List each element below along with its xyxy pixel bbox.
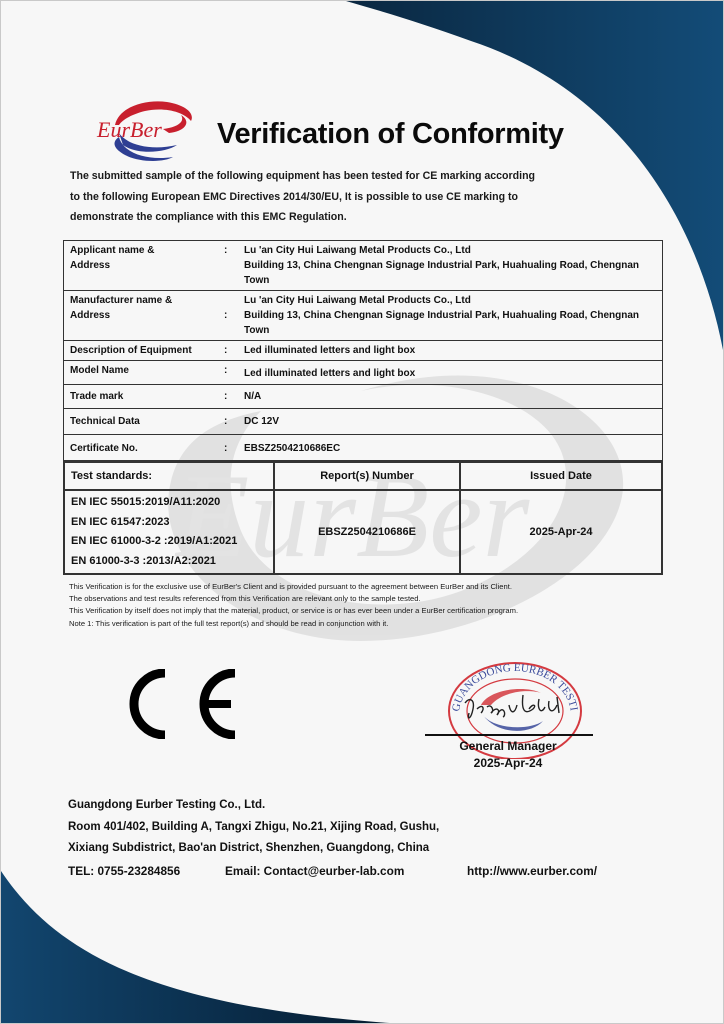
intro-line: to the following European EMC Directives… <box>70 187 590 208</box>
info-colon: : <box>224 435 238 463</box>
info-label: Manufacturer name &Address <box>64 291 225 341</box>
header-test-standards: Test standards: <box>64 461 274 490</box>
info-label: Trade mark <box>64 385 225 409</box>
certificate-page: EurBer EurBer Verification of Conformity… <box>0 0 724 1024</box>
contact-email[interactable]: Email: Contact@eurber-lab.com <box>225 864 404 878</box>
tests-header-row: Test standards: Report(s) Number Issued … <box>64 461 662 490</box>
info-value: Lu 'an City Hui Laiwang Metal Products C… <box>238 291 663 341</box>
ce-mark-icon <box>109 669 241 739</box>
signature-line <box>425 734 593 736</box>
standard-item: EN 61000-3-3 :2013/A2:2021 <box>71 552 267 572</box>
test-standards-table: Test standards: Report(s) Number Issued … <box>63 460 663 575</box>
contact-website[interactable]: http://www.eurber.com/ <box>467 864 597 878</box>
info-colon: : <box>224 385 238 409</box>
info-value: EBSZ2504210686EC <box>238 435 663 463</box>
eurber-logo: EurBer <box>93 97 205 163</box>
svg-text:EurBer: EurBer <box>96 117 162 142</box>
info-row-certificate-no: Certificate No. : EBSZ2504210686EC <box>64 435 663 463</box>
signatory-date: 2025-Apr-24 <box>425 755 591 772</box>
info-label: Technical Data <box>64 409 225 435</box>
header-issued-date: Issued Date <box>460 461 662 490</box>
info-row-applicant: Applicant name &Address : Lu 'an City Hu… <box>64 241 663 291</box>
standard-item: EN IEC 55015:2019/A11:2020 <box>71 493 267 513</box>
disclaimer: This Verification is for the exclusive u… <box>69 581 518 630</box>
company-address: Guangdong Eurber Testing Co., Ltd. Room … <box>68 795 439 860</box>
intro-line: demonstrate the compliance with this EMC… <box>70 207 590 228</box>
info-value: Led illuminated letters and light box <box>238 361 663 385</box>
tests-data-row: EN IEC 55015:2019/A11:2020 EN IEC 61547:… <box>64 490 662 574</box>
issued-date: 2025-Apr-24 <box>460 490 662 574</box>
standard-item: EN IEC 61000-3-2 :2019/A1:2021 <box>71 532 267 552</box>
info-colon: : <box>224 361 238 385</box>
signatory-block: General Manager 2025-Apr-24 <box>425 738 591 772</box>
info-row-technical-data: Technical Data : DC 12V <box>64 409 663 435</box>
info-colon: : <box>224 291 238 341</box>
svg-text:GUANGDONG EURBER TESTING CO.,L: GUANGDONG EURBER TESTING CO.,LTD <box>445 659 580 712</box>
standard-item: EN IEC 61547:2023 <box>71 513 267 533</box>
report-number: EBSZ2504210686E <box>274 490 460 574</box>
disclaimer-line: This Verification by itself does not imp… <box>69 605 518 617</box>
bottom-left-swoosh <box>1 871 421 1024</box>
info-colon: : <box>224 241 238 291</box>
signatory-title: General Manager <box>425 738 591 755</box>
info-label: Applicant name &Address <box>64 241 225 291</box>
info-row-trademark: Trade mark : N/A <box>64 385 663 409</box>
document-title: Verification of Conformity <box>217 118 564 151</box>
info-label: Description of Equipment <box>64 341 225 361</box>
intro-paragraph: The submitted sample of the following eq… <box>70 166 590 228</box>
company-name: Guangdong Eurber Testing Co., Ltd. <box>68 795 439 817</box>
info-colon: : <box>224 341 238 361</box>
signature-icon <box>465 695 559 718</box>
equipment-info-table: Applicant name &Address : Lu 'an City Hu… <box>63 240 663 463</box>
address-line: Xixiang Subdistrict, Bao'an District, Sh… <box>68 838 439 860</box>
disclaimer-line: The observations and test results refere… <box>69 593 518 605</box>
intro-line: The submitted sample of the following eq… <box>70 166 590 187</box>
info-value: Lu 'an City Hui Laiwang Metal Products C… <box>238 241 663 291</box>
standards-list: EN IEC 55015:2019/A11:2020 EN IEC 61547:… <box>64 490 274 574</box>
disclaimer-line: Note 1: This verification is part of the… <box>69 618 518 630</box>
address-line: Room 401/402, Building A, Tangxi Zhigu, … <box>68 817 439 839</box>
info-label: Model Name <box>64 361 225 385</box>
info-row-model: Model Name : Led illuminated letters and… <box>64 361 663 385</box>
info-value: N/A <box>238 385 663 409</box>
contact-tel: TEL: 0755-23284856 <box>68 864 180 878</box>
info-value: Led illuminated letters and light box <box>238 341 663 361</box>
info-row-description: Description of Equipment : Led illuminat… <box>64 341 663 361</box>
info-label: Certificate No. <box>64 435 225 463</box>
info-value: DC 12V <box>238 409 663 435</box>
info-row-manufacturer: Manufacturer name &Address : Lu 'an City… <box>64 291 663 341</box>
info-colon: : <box>224 409 238 435</box>
header-report-number: Report(s) Number <box>274 461 460 490</box>
disclaimer-line: This Verification is for the exclusive u… <box>69 581 518 593</box>
